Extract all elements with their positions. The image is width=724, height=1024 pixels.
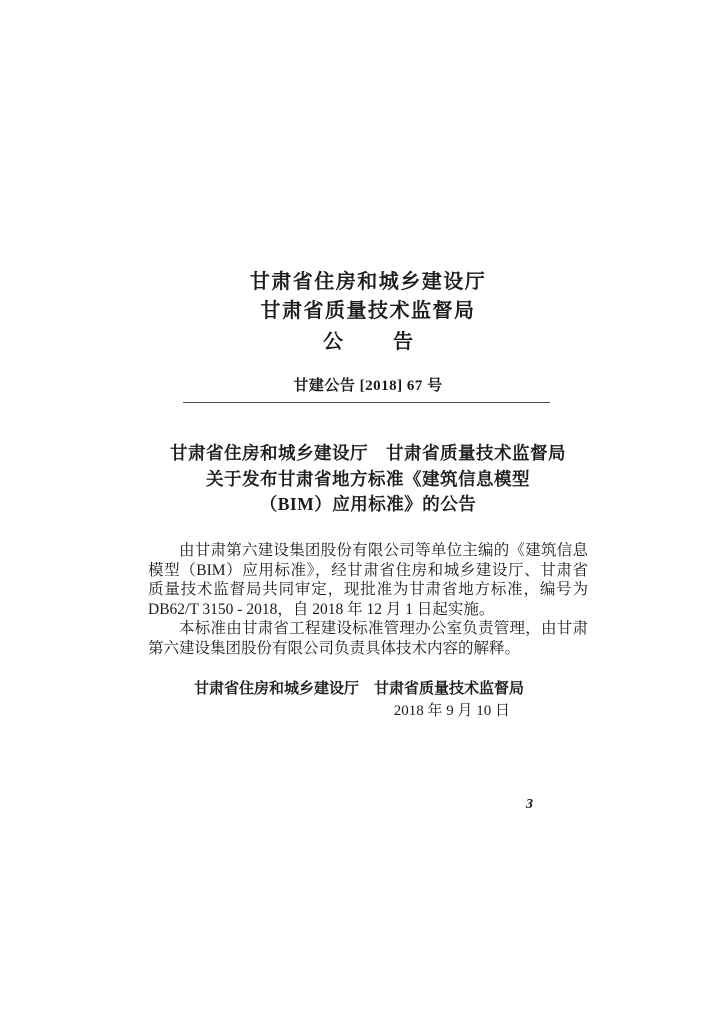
body-paragraph-1: 由甘肃第六建设集团股份有限公司等单位主编的《建筑信息模型（BIM）应用标准》，经… — [148, 541, 588, 619]
document-title-line1: 甘肃省住房和城乡建设厅 甘肃省质量技术监督局 — [138, 441, 598, 467]
issuing-org-line2: 甘肃省质量技术监督局 — [148, 297, 588, 326]
document-number: 甘建公告 [2018] 67 号 — [148, 374, 588, 395]
page-number: 3 — [526, 797, 533, 813]
signature-date: 2018 年 9 月 10 日 — [148, 701, 588, 722]
announcement-char-right: 告 — [393, 331, 413, 353]
announcement-heading: 公告 — [148, 328, 588, 357]
signature-organizations: 甘肃省住房和城乡建设厅 甘肃省质量技术监督局 — [148, 679, 588, 700]
document-body: 由甘肃第六建设集团股份有限公司等单位主编的《建筑信息模型（BIM）应用标准》，经… — [148, 541, 588, 659]
document-title: 甘肃省住房和城乡建设厅 甘肃省质量技术监督局 关于发布甘肃省地方标准《建筑信息模… — [138, 441, 598, 518]
document-title-line2: 关于发布甘肃省地方标准《建筑信息模型 — [138, 467, 598, 493]
document-title-line3: （BIM）应用标准》的公告 — [138, 492, 598, 518]
body-paragraph-2: 本标准由甘肃省工程建设标准管理办公室负责管理，由甘肃第六建设集团股份有限公司负责… — [148, 619, 588, 658]
header-divider-rule — [183, 402, 550, 403]
scanned-document-page: 甘肃省住房和城乡建设厅 甘肃省质量技术监督局 公告 甘建公告 [2018] 67… — [0, 0, 724, 1024]
announcement-header: 甘肃省住房和城乡建设厅 甘肃省质量技术监督局 公告 甘建公告 [2018] 67… — [148, 268, 588, 395]
issuing-org-line1: 甘肃省住房和城乡建设厅 — [148, 268, 588, 297]
signature-block: 甘肃省住房和城乡建设厅 甘肃省质量技术监督局 2018 年 9 月 10 日 — [148, 679, 588, 722]
announcement-char-left: 公 — [323, 331, 343, 353]
